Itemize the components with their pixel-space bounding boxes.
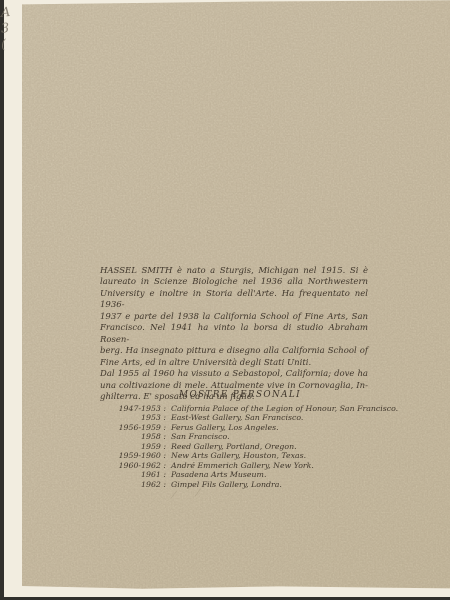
exhibition-years: 1947-1953 : — [96, 404, 166, 413]
bio-line: berg. Ha insegnato pittura e disegno all… — [100, 346, 368, 357]
exhibition-row: 1953 :East-West Gallery, San Francisco. — [96, 413, 396, 422]
exhibition-venue: California Palace of the Legion of Honou… — [171, 404, 398, 413]
exhibition-venue: Gimpel Fils Gallery, Londra. — [171, 480, 282, 489]
exhibition-years: 1953 : — [96, 413, 166, 422]
exhibition-years: 1959 : — [96, 442, 166, 451]
exhibition-row: 1962 :Gimpel Fils Gallery, Londra. — [96, 480, 396, 489]
exhibition-row: 1960-1962 :André Emmerich Gallery, New Y… — [96, 461, 396, 470]
exhibitions-list: 1947-1953 :California Palace of the Legi… — [96, 404, 396, 489]
exhibition-row: 1958 :San Francisco. — [96, 432, 396, 441]
bio-line: laureato in Scienze Biologiche nel 1936 … — [100, 277, 368, 288]
exhibition-row: 1959-1960 :New Arts Gallery, Houston, Te… — [96, 451, 396, 460]
exhibition-venue: Reed Gallery, Portland, Oregon. — [171, 442, 297, 451]
exhibition-row: 1961 :Pasadena Arts Museum. — [96, 470, 396, 479]
bio-line: University e inoltre in Storia dell'Arte… — [100, 289, 368, 312]
biography-paragraphs: HASSEL SMITH è nato a Sturgis, Michigan … — [100, 266, 368, 403]
handwritten-mark: A — [0, 4, 19, 21]
exhibitions-heading: MOSTRE PERSONALI — [104, 390, 376, 400]
exhibition-venue: New Arts Gallery, Houston, Texas. — [171, 451, 306, 460]
handwritten-mark: 3 — [0, 20, 19, 37]
bio-line: 1937 e parte del 1938 la California Scho… — [100, 312, 368, 323]
handwritten-mark: ( — [0, 36, 19, 53]
bio-line: Francisco. Nel 1941 ha vinto la borsa di… — [100, 323, 368, 346]
exhibition-venue: André Emmerich Gallery, New York. — [171, 461, 314, 470]
handwritten-marginalia: A3( — [3, 5, 21, 53]
exhibition-years: 1962 : — [96, 480, 166, 489]
exhibition-row: 1956-1959 :Ferus Gallery, Los Angeles. — [96, 423, 396, 432]
exhibition-row: 1959 :Reed Gallery, Portland, Oregon. — [96, 442, 396, 451]
bio-line: HASSEL SMITH è nato a Sturgis, Michigan … — [100, 266, 368, 277]
bio-line: Dal 1955 al 1960 ha vissuto a Sebastopol… — [100, 369, 368, 380]
bio-line: Fine Arts, ed in altre Università degli … — [100, 358, 368, 369]
exhibition-years: 1960-1962 : — [96, 461, 166, 470]
exhibition-venue: Ferus Gallery, Los Angeles. — [171, 423, 279, 432]
exhibition-years: 1958 : — [96, 432, 166, 441]
exhibition-years: 1959-1960 : — [96, 451, 166, 460]
scanned-page: A3( / / HASSEL SMITH è nato a Sturgis, M… — [0, 0, 450, 600]
exhibition-venue: Pasadena Arts Museum. — [171, 470, 266, 479]
exhibition-years: 1956-1959 : — [96, 423, 166, 432]
exhibition-venue: East-West Gallery, San Francisco. — [171, 413, 303, 422]
exhibition-years: 1961 : — [96, 470, 166, 479]
exhibition-row: 1947-1953 :California Palace of the Legi… — [96, 404, 396, 413]
exhibition-venue: San Francisco. — [171, 432, 230, 441]
